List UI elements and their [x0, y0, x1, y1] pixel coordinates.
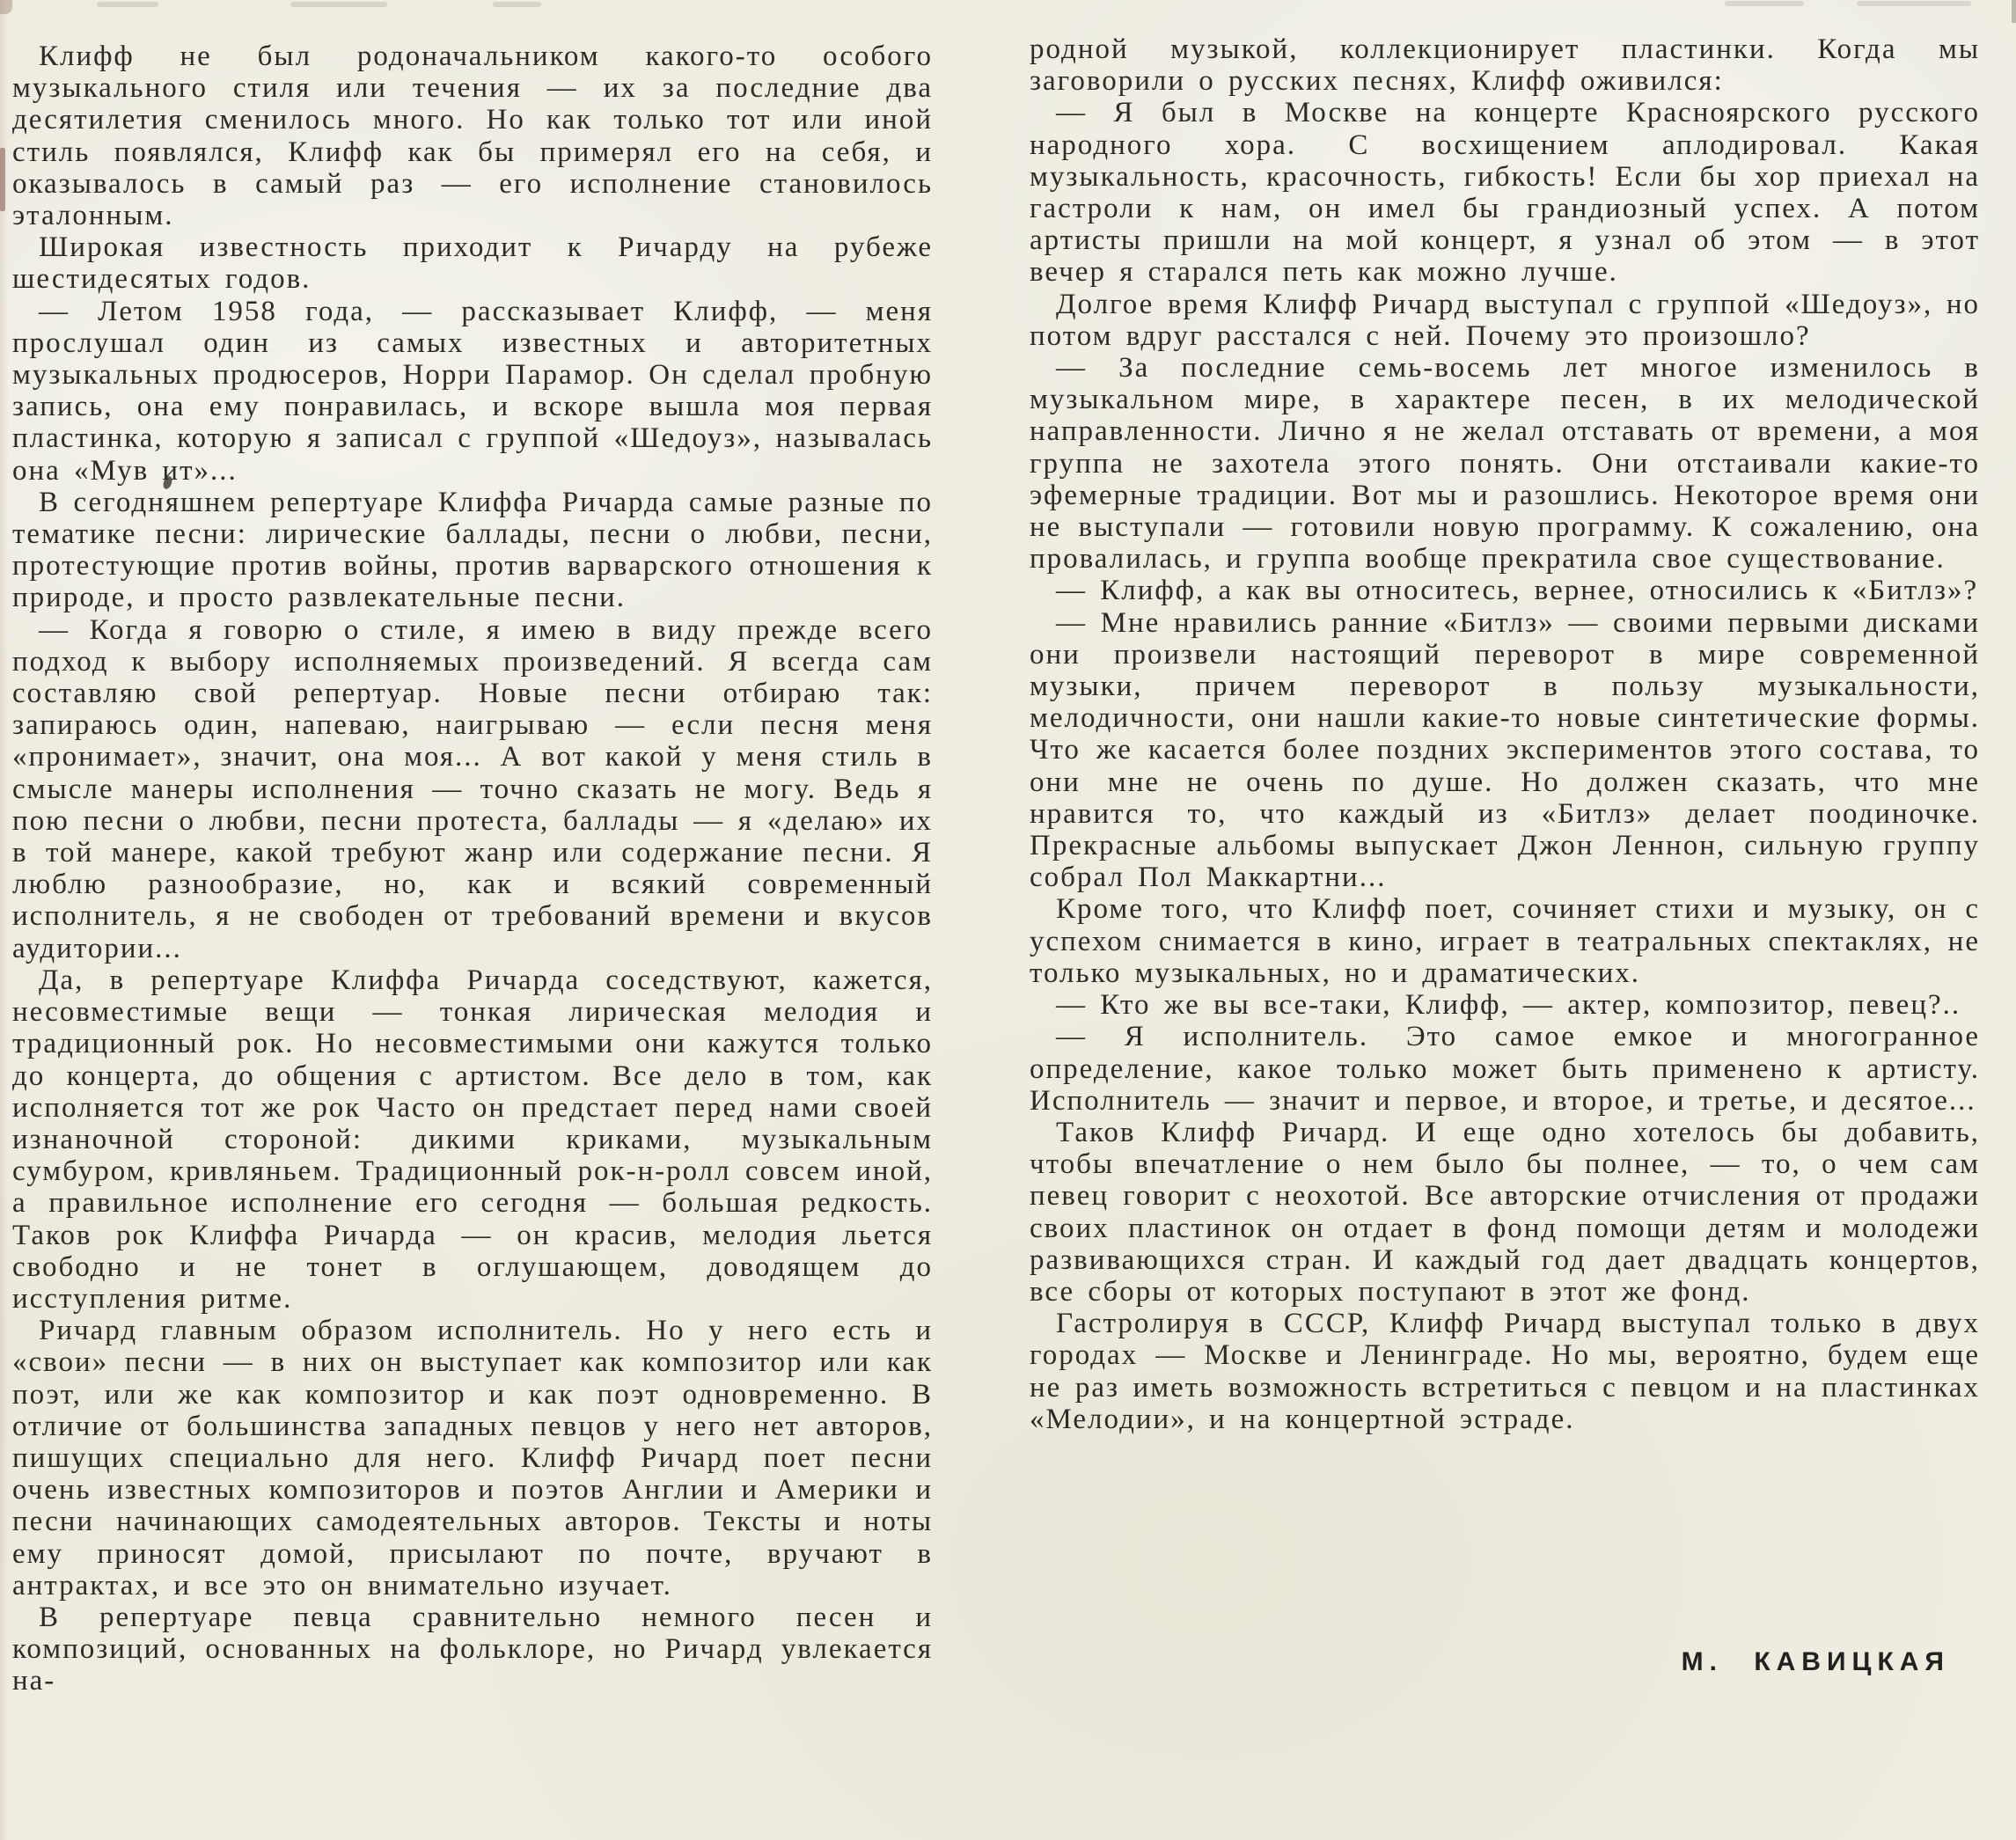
paragraph: Клифф не был родоначальником какого-то о…: [12, 40, 933, 231]
paragraph: родной музыкой, коллекционирует пластинк…: [1030, 33, 1980, 97]
paragraph: Широкая известность приходит к Ричарду н…: [12, 231, 933, 295]
paragraph: — Я был в Москве на концерте Красноярско…: [1030, 97, 1980, 288]
paragraph: — Мне нравились ранние «Битлз» — своими …: [1030, 607, 1980, 894]
paragraph: В сегодняшнем репертуаре Клиффа Ричарда …: [12, 487, 933, 614]
cropped-text-remnant: [493, 2, 541, 7]
paragraph: — Когда я говорю о стиле, я имею в виду …: [12, 614, 933, 964]
paragraph: Ричард главным образом исполнитель. Но у…: [12, 1315, 933, 1602]
paragraph: — За последние семь-восемь лет многое из…: [1030, 352, 1980, 575]
paragraph: — Я исполнитель. Это самое емкое и много…: [1030, 1021, 1980, 1117]
paragraph: — Летом 1958 года, — рассказывает Клифф,…: [12, 296, 933, 487]
cropped-text-remnant: [1725, 1, 1804, 6]
paragraph: Долгое время Клифф Ричард выступал с гру…: [1030, 289, 1980, 352]
cropped-text-remnant: [97, 2, 158, 7]
paragraph: — Клифф, а как вы относитесь, вернее, от…: [1030, 575, 1980, 606]
author-byline: М. КАВИЦКАЯ: [1030, 1647, 1950, 1677]
paragraph: Гастролируя в СССР, Клифф Ричард выступа…: [1030, 1308, 1980, 1435]
paragraph: Таков Клифф Ричард. И еще одно хотелось …: [1030, 1117, 1980, 1308]
scan-edge-artifact-right: [2012, 0, 2016, 23]
scan-corner-artifact: [0, 0, 12, 14]
paragraph: Да, в репертуаре Клиффа Ричарда соседств…: [12, 964, 933, 1315]
paragraph: В репертуаре певца сравнительно немного …: [12, 1602, 933, 1697]
paragraph: Кроме того, что Клифф поет, сочиняет сти…: [1030, 893, 1980, 989]
left-text-column: Клифф не был родоначальником какого-то о…: [12, 40, 933, 1697]
scanned-article-page: Клифф не был родоначальником какого-то о…: [0, 0, 2016, 1840]
cropped-text-remnant: [290, 2, 387, 7]
scan-edge-artifact: [0, 148, 5, 211]
scan-edge-shading: [0, 0, 8, 1840]
right-text-column: родной музыкой, коллекционирует пластинк…: [1030, 33, 1980, 1435]
paragraph: — Кто же вы все-таки, Клифф, — актер, ко…: [1030, 989, 1980, 1021]
cropped-text-remnant: [1857, 1, 1971, 6]
